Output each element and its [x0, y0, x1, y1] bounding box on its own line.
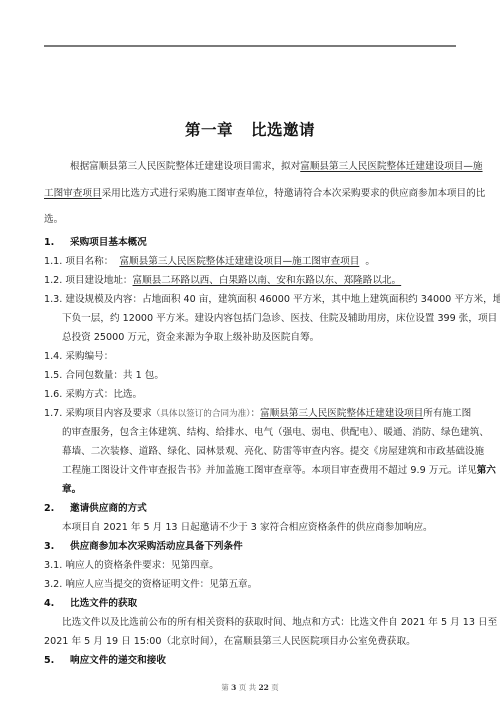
item-1-7-line-3: 幕墙、二次装修、道路、绿化、园林景观、亮化、防雷等审查内容。提交《房屋建筑和市政…	[62, 445, 484, 459]
item-1-7: 1.7. 采购项目内容及要求（具体以签订的合同为准）：富顺县第三人民医院整体迁建…	[44, 407, 471, 421]
item-1-7-line-2: 的审查服务，包含主体建筑、结构、给排水、电气（强电、弱电、供配电）、暖通、消防、…	[62, 426, 489, 440]
section-4-line-2: 2021 年 5 月 19 日 15:00（北京时间），在富顺县第三人民医院项目…	[44, 635, 416, 649]
current-page: 3	[231, 683, 236, 692]
section-4-line-1: 比选文件以及比选前公布的所有相关资料的获取时间、地点和方式：比选文件自 2021…	[62, 616, 497, 630]
item-1-2: 1.2. 项目建设地址：富顺县二环路以西、白果路以南、安和东路以东、郑隆路以北。	[44, 274, 401, 288]
project-name-value: 富顺县第三人民医院整体迁建建设项目—施工图审查项目	[119, 256, 359, 267]
item-1-3-line-2: 下负一层，约 12000 平方米。建设内容包括门急诊、医技、住院及辅助用房，床位…	[62, 312, 497, 326]
section-2-heading: 2.邀请供应商的方式	[44, 502, 147, 516]
section-5-heading: 5.响应文件的递交和接收	[44, 654, 166, 668]
project-address-value: 富顺县二环路以西、白果路以南、安和东路以东、郑隆路以北。	[133, 275, 402, 286]
item-1-5: 1.5. 合同包数量：共 1 包。	[44, 369, 164, 383]
item-1-3-line-3: 总投资 25000 万元，资金来源为争取上级补助及医院自筹。	[62, 331, 319, 345]
intro-line-2: 工图审查项目采用比选方式进行采购施工图审查单位，特邀请符合本次采购要求的供应商参…	[44, 187, 485, 201]
intro-line-1: 根据富顺县第三人民医院整体迁建建设项目需求，拟对富顺县第三人民医院整体迁建建设项…	[70, 160, 483, 174]
item-1-3: 1.3. 建设规模及内容：占地面积 40 亩，建筑面积 46000 平方米，其中…	[44, 293, 500, 307]
chapter-title: 第一章比选邀请	[0, 118, 500, 140]
item-1-1: 1.1. 项目名称： 富顺县第三人民医院整体迁建建设项目—施工图审查项目 。	[44, 255, 375, 269]
section-4-heading: 4.比选文件的获取	[44, 597, 137, 611]
section-3-heading: 3.供应商参加本次采购活动应具备下列条件	[44, 540, 243, 554]
item-1-7-line-4: 工程施工图设计文件审查报告书》并加盖施工图审查章等。本项目审查费用不超过 9.9…	[62, 464, 496, 478]
chapter-number: 第一章	[185, 121, 233, 139]
item-3-1: 3.1. 响应人的资格条件要求：见第四章。	[44, 559, 219, 573]
section-1-heading: 1.采购项目基本概况	[44, 236, 147, 250]
page-footer: 第 3 页 共 22 页	[0, 682, 500, 693]
intro-line-3: 选。	[44, 213, 63, 227]
item-1-7-line-5: 章。	[62, 483, 81, 497]
item-1-4: 1.4. 采购编号：	[44, 350, 113, 364]
section-2-text: 本项目自 2021 年 5 月 13 日起邀请不少于 3 家符合相应资格条件的供…	[62, 521, 433, 535]
contract-note: （具体以签订的合同为准）	[152, 409, 251, 419]
total-pages: 22	[258, 683, 268, 692]
chapter-heading: 比选邀请	[251, 121, 315, 139]
item-3-2: 3.2. 响应人应当提交的资格证明文件：见第五章。	[44, 578, 257, 592]
chapter-6-ref: 第六	[477, 465, 496, 476]
project-name-link: 富顺县第三人民医院整体迁建建设项目—施	[300, 161, 482, 172]
item-1-6: 1.6. 采购方式：比选。	[44, 388, 142, 402]
header-rule	[44, 45, 456, 47]
